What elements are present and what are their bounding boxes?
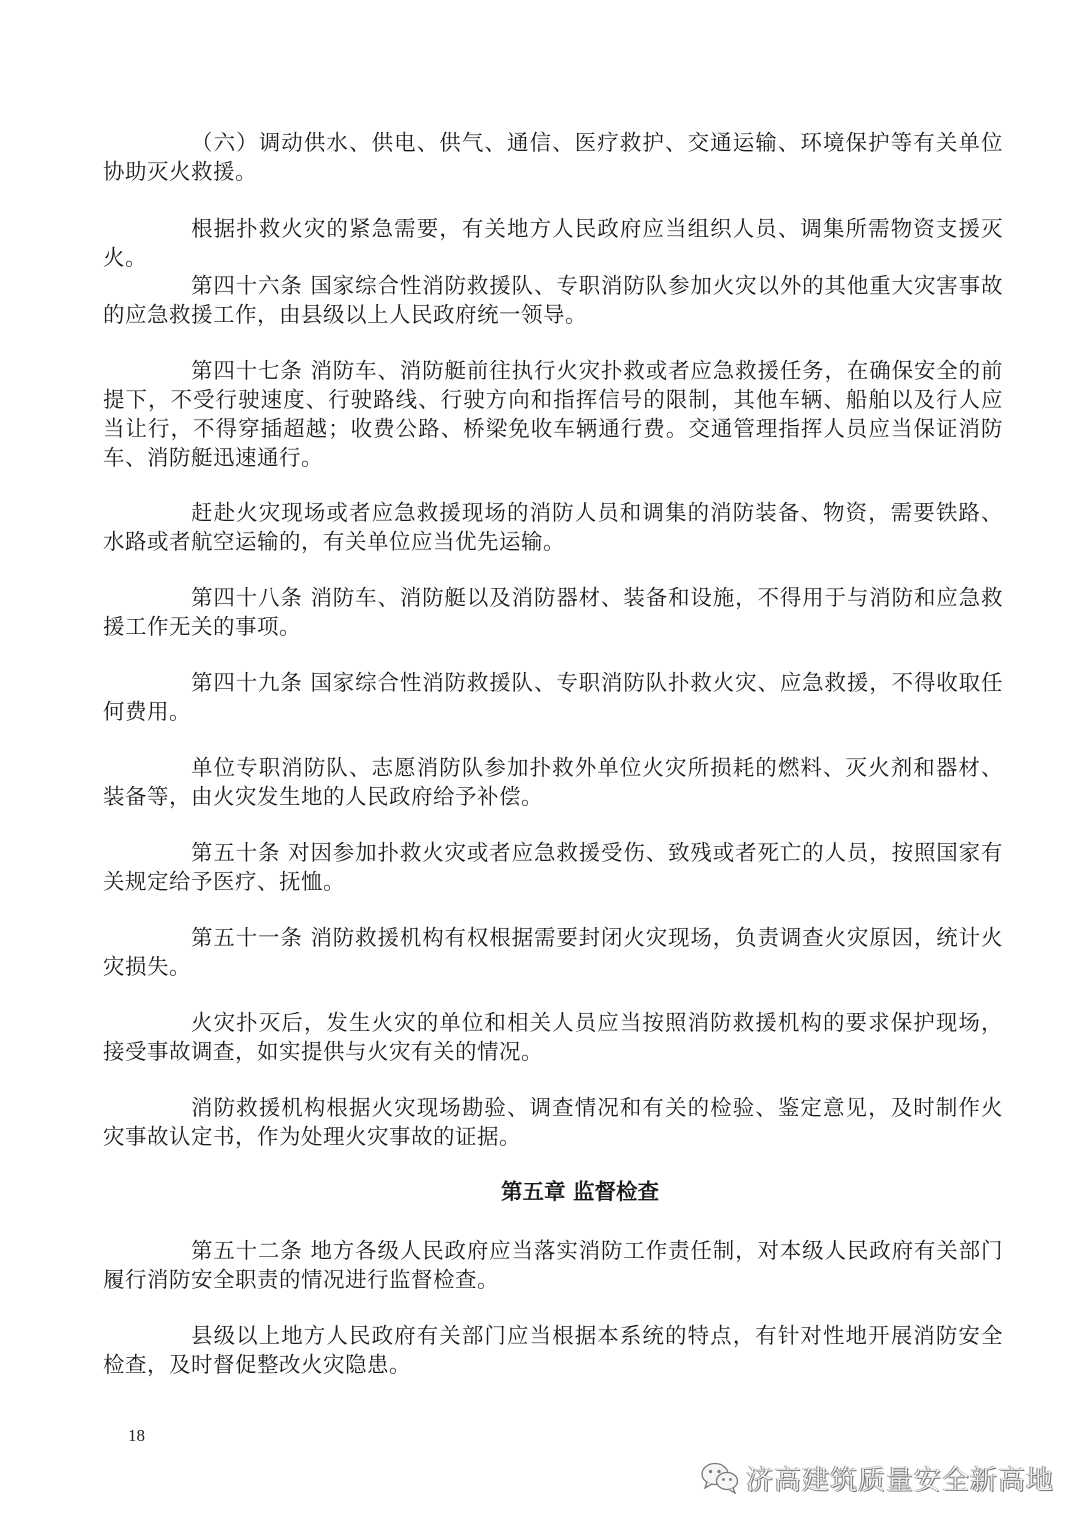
paragraph-fire-determination: 消防救援机构根据火灾现场勘验、调查情况和有关的检验、鉴定意见，及时制作火灾事故认… <box>103 1094 1003 1152</box>
paragraph-item-6: （六）调动供水、供电、供气、通信、医疗救护、交通运输、环境保护等有关单位协助灭火… <box>103 129 1003 187</box>
paragraph-article-52: 第五十二条 地方各级人民政府应当落实消防工作责任制，对本级人民政府有关部门履行消… <box>103 1237 1003 1295</box>
paragraph-scene-protection: 火灾扑灭后，发生火灾的单位和相关人员应当按照消防救援机构的要求保护现场，接受事故… <box>103 1009 1003 1067</box>
watermark: 济高建筑质量安全新高地 <box>700 1458 1054 1497</box>
wechat-icon <box>700 1461 740 1495</box>
paragraph-article-48: 第四十八条 消防车、消防艇以及消防器材、装备和设施，不得用于与消防和应急救援工作… <box>103 584 1003 642</box>
chapter-heading: 第五章 监督检查 <box>0 1178 1080 1207</box>
paragraph-article-46: 第四十六条 国家综合性消防救援队、专职消防队参加火灾以外的其他重大灾害事故的应急… <box>103 272 1003 330</box>
paragraph-article-51: 第五十一条 消防救援机构有权根据需要封闭火灾现场，负责调查火灾原因，统计火灾损失… <box>103 924 1003 982</box>
paragraph-article-47: 第四十七条 消防车、消防艇前往执行火灾扑救或者应急救援任务，在确保安全的前提下，… <box>103 357 1003 473</box>
paragraph-compensation: 单位专职消防队、志愿消防队参加扑救外单位火灾所损耗的燃料、灭火剂和器材、装备等，… <box>103 754 1003 812</box>
paragraph-article-50: 第五十条 对因参加扑救火灾或者应急救援受伤、致残或者死亡的人员，按照国家有关规定… <box>103 839 1003 897</box>
paragraph-emergency-support: 根据扑救火灾的紧急需要，有关地方人民政府应当组织人员、调集所需物资支援灭火。 <box>103 215 1003 273</box>
page-number: 18 <box>128 1426 145 1446</box>
paragraph-article-49: 第四十九条 国家综合性消防救援队、专职消防队扑救火灾、应急救援，不得收取任何费用… <box>103 669 1003 727</box>
watermark-text: 济高建筑质量安全新高地 <box>746 1458 1054 1497</box>
paragraph-inspection: 县级以上地方人民政府有关部门应当根据本系统的特点，有针对性地开展消防安全检查，及… <box>103 1322 1003 1380</box>
paragraph-priority-transport: 赶赴火灾现场或者应急救援现场的消防人员和调集的消防装备、物资，需要铁路、水路或者… <box>103 499 1003 557</box>
document-page: （六）调动供水、供电、供气、通信、医疗救护、交通运输、环境保护等有关单位协助灭火… <box>0 0 1080 1527</box>
